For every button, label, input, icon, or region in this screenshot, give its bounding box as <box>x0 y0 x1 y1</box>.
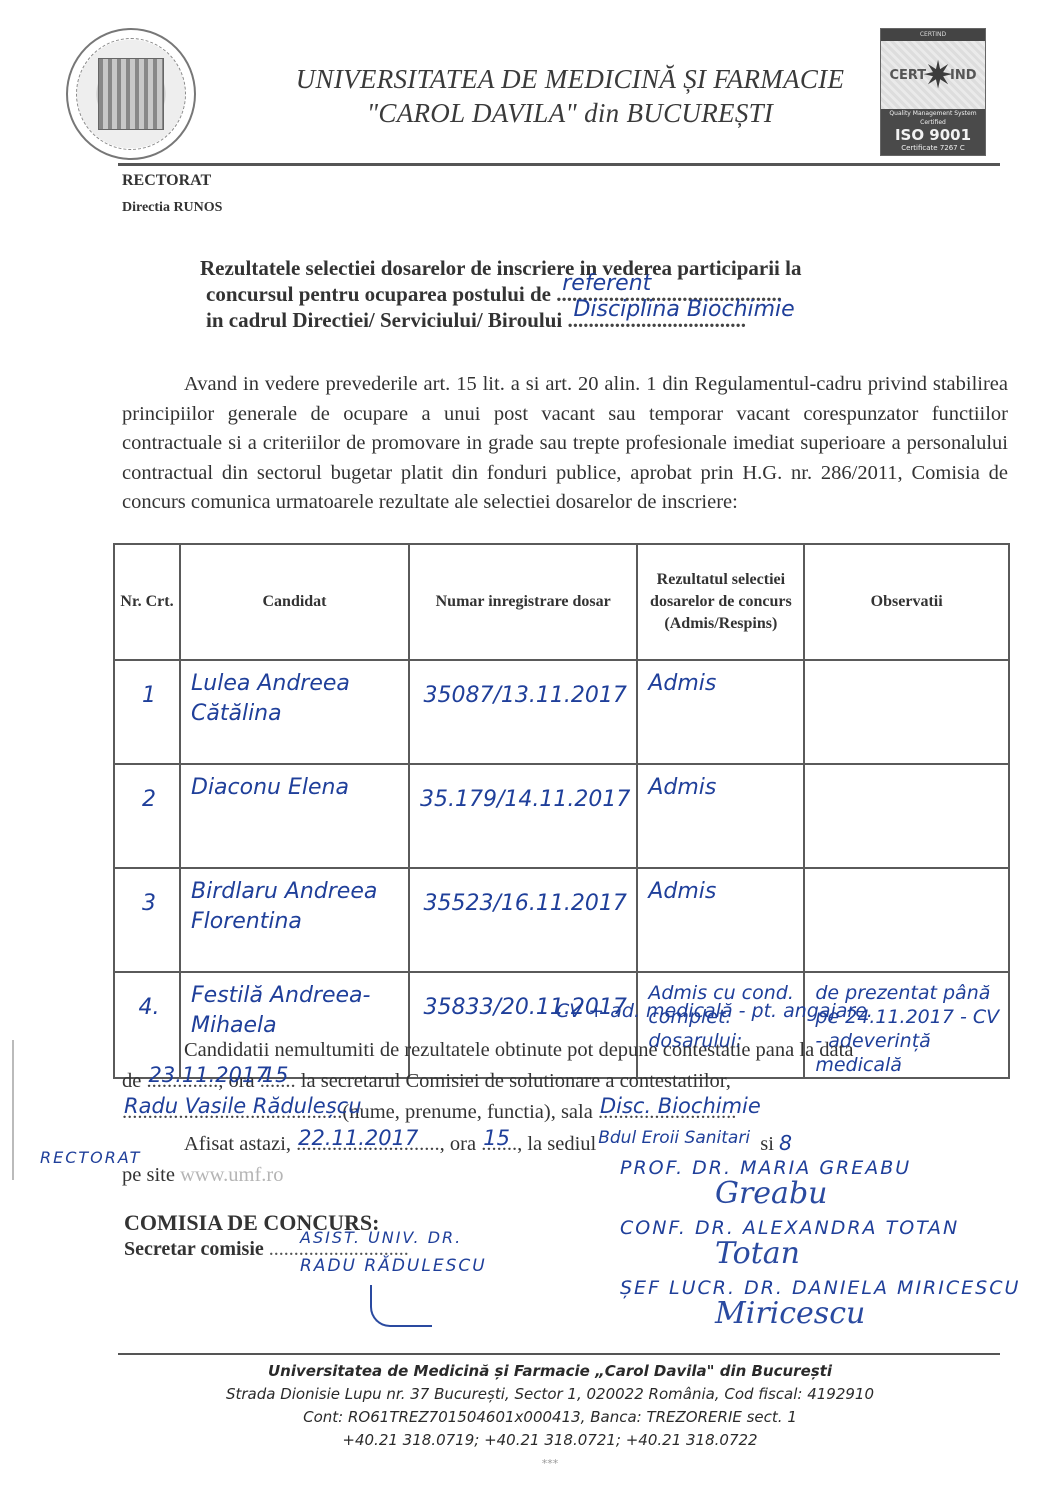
posted-label: Afisat astazi, <box>184 1133 291 1155</box>
footer-mark: *** <box>130 1452 970 1475</box>
row-notes <box>804 764 1009 868</box>
post-handwritten: referent <box>562 271 651 297</box>
certind-logo-right: IND <box>950 68 977 83</box>
secretary-text: la secretarul Comisiei de solutionare a … <box>301 1070 731 1092</box>
row-candidate: Diaconu Elena <box>180 764 409 868</box>
footer-address: Strada Dionisie Lupu nr. 37 București, S… <box>130 1383 970 1406</box>
table-header-row: Nr. Crt. Candidat Numar inregistrare dos… <box>114 544 1009 660</box>
title-line3: in cadrul Directiei/ Serviciului/ Biroul… <box>200 307 1000 333</box>
footer-university-name: Universitatea de Medicină și Farmacie „C… <box>130 1360 970 1383</box>
scan-margin-line <box>12 1040 14 1180</box>
member-1: PROF. DR. MARIA GREABU <box>620 1155 1050 1181</box>
certind-logo-left: CERT <box>889 68 926 83</box>
header-file-number: Numar inregistrare dosar <box>409 544 637 660</box>
footer: Universitatea de Medicină și Farmacie „C… <box>130 1360 970 1475</box>
iso-certificate: Certificate 7267 C <box>881 143 985 153</box>
row-file-number: 35.179/14.11.2017 <box>409 764 637 868</box>
appeal-date: 23.11.2017 <box>148 1060 268 1091</box>
appeal-line3: ........................................… <box>122 1097 1022 1128</box>
posted-date-field: ............................22.11.2017 <box>296 1129 440 1160</box>
table-row: 1 Lulea Andreea Cătălina 35087/13.11.201… <box>114 660 1009 764</box>
table-row: 3 Birdlaru Andreea Florentina 35523/16.1… <box>114 868 1009 972</box>
certind-logo: CERT ✷ IND <box>881 41 985 109</box>
posted-location-number: 8 <box>779 1131 792 1155</box>
posted-hour: 15 <box>483 1123 510 1154</box>
row-candidate: Lulea Andreea Cătălina <box>180 660 409 764</box>
seal-building-image <box>98 58 164 130</box>
rectorat-margin-note: RECTORAT <box>40 1148 141 1167</box>
sub-department: Directia RUNOS <box>122 200 222 216</box>
row-nr: 1 <box>114 660 180 764</box>
appeal-hour: 15 <box>262 1060 289 1091</box>
appeal-text: Candidatii nemultumiti de rezultatele ob… <box>184 1039 853 1061</box>
member-1-signature: Greabu <box>620 1181 1050 1215</box>
university-title: UNIVERSITATEA DE MEDICINĂ ȘI FARMACIE "C… <box>230 62 910 130</box>
row-nr: 3 <box>114 868 180 972</box>
post-label: concursul pentru ocuparea postului de <box>206 282 551 306</box>
iso-small-text: Quality Management System Certified <box>881 109 985 127</box>
header-notes: Observatii <box>804 544 1009 660</box>
header-nr: Nr. Crt. <box>114 544 180 660</box>
results-table: Nr. Crt. Candidat Numar inregistrare dos… <box>113 543 1010 1079</box>
header-result: Rezultatul selectiei dosarelor de concur… <box>637 544 804 660</box>
footer-account: Cont: RO61TREZ701504601x000413, Banca: T… <box>130 1406 970 1429</box>
member-3-signature: Miricescu <box>620 1301 1050 1335</box>
ora-label: ora <box>450 1133 476 1155</box>
university-title-line2: "CAROL DAVILA" din BUCUREȘTI <box>230 96 910 130</box>
table-row: 2 Diaconu Elena 35.179/14.11.2017 Admis <box>114 764 1009 868</box>
posted-hour-field: .......15 <box>481 1129 517 1160</box>
row-file-number: 35087/13.11.2017 <box>409 660 637 764</box>
iso-certification-badge: CERTIND CERT ✷ IND Quality Management Sy… <box>880 28 986 156</box>
row-file-number: 35523/16.11.2017 <box>409 868 637 972</box>
row-result: Admis <box>637 764 804 868</box>
member-2-signature: Totan <box>620 1241 1050 1275</box>
department-field: .................................. Disci… <box>567 307 746 333</box>
university-title-line1: UNIVERSITATEA DE MEDICINĂ ȘI FARMACIE <box>230 62 910 96</box>
iso-badge-top: CERTIND <box>881 29 985 41</box>
secretary-name: Radu Vasile Răduleșcu <box>124 1091 362 1122</box>
header-divider <box>118 163 1000 166</box>
iso-standard: ISO 9001 <box>881 127 985 143</box>
posted-at-label: la sediul <box>527 1133 596 1155</box>
footer-divider <box>118 1353 1000 1355</box>
document-title: Rezultatele selectiei dosarelor de inscr… <box>200 255 1000 333</box>
row-nr: 2 <box>114 764 180 868</box>
commission-members: PROF. DR. MARIA GREABU Greabu CONF. DR. … <box>620 1155 1050 1335</box>
posted-date: 22.11.2017 <box>298 1123 418 1154</box>
row-notes <box>804 660 1009 764</box>
table-overflow-note: CV + ad. medicală - pt. angajare. <box>556 1000 873 1022</box>
row-result: Admis <box>637 868 804 972</box>
posted-location: Bdul Eroii Sanitari <box>598 1123 750 1154</box>
secretary-name-handwritten: RADU RĂDULESCU <box>300 1256 487 1276</box>
secretary-label: Secretar comisie <box>124 1238 264 1260</box>
si-label: si <box>760 1133 774 1155</box>
secretary-signature <box>370 1285 432 1327</box>
row-result: Admis <box>637 660 804 764</box>
footer-phones: +40.21 318.0719; +40.21 318.0721; +40.21… <box>130 1429 970 1452</box>
site-link[interactable]: www.umf.ro <box>180 1164 283 1186</box>
room: Disc. Biochimie <box>600 1091 761 1122</box>
row-candidate: Birdlaru Andreea Florentina <box>180 868 409 972</box>
name-hint: (nume, prenume, functia), sala <box>342 1101 592 1123</box>
department: RECTORAT <box>122 172 211 190</box>
row-notes <box>804 868 1009 972</box>
iso-badge-bottom: Quality Management System Certified ISO … <box>881 109 985 155</box>
university-seal-icon <box>66 28 196 160</box>
site-label: pe site <box>122 1164 175 1186</box>
intro-paragraph: Avand in vedere prevederile art. 15 lit.… <box>122 370 1008 518</box>
intro-text: Avand in vedere prevederile art. 15 lit.… <box>122 373 1008 513</box>
member-2: CONF. DR. ALEXANDRA TOTAN <box>620 1215 1050 1241</box>
header-candidate: Candidat <box>180 544 409 660</box>
department-label: in cadrul Directiei/ Serviciului/ Biroul… <box>206 308 562 332</box>
secretary-title-handwritten: ASIST. UNIV. DR. <box>300 1228 462 1247</box>
department-handwritten: Disciplina Biochimie <box>573 297 794 323</box>
de-label: de <box>122 1070 141 1092</box>
